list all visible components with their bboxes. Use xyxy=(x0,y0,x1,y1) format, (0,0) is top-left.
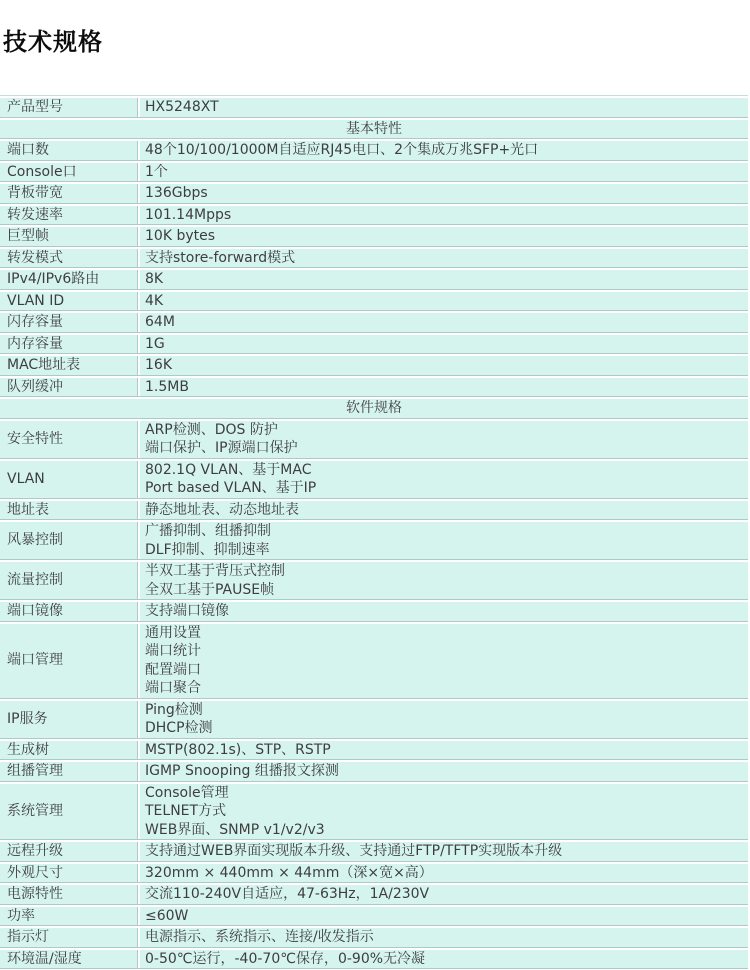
spec-value-line: 1G xyxy=(145,335,748,354)
spec-label: 背板带宽 xyxy=(0,184,138,203)
spec-value-line: ARP检测、DOS 防护 xyxy=(145,421,748,440)
spec-value: 320mm × 440mm × 44mm（深×宽×高） xyxy=(138,864,748,883)
spec-label: 产品型号 xyxy=(0,98,138,117)
table-row: 巨型帧10K bytes xyxy=(0,225,748,247)
table-row: 指示灯电源指示、系统指示、连接/收发指示 xyxy=(0,926,748,948)
table-row: IP服务Ping检测DHCP检测 xyxy=(0,699,748,739)
spec-value: 支持store-forward模式 xyxy=(138,249,748,268)
spec-value-line: 交流110-240V自适应，47-63Hz，1A/230V xyxy=(145,885,748,904)
spec-label: 端口数 xyxy=(0,141,138,160)
spec-value: 8K xyxy=(138,270,748,289)
spec-value-line: 64M xyxy=(145,313,748,332)
spec-value: 支持端口镜像 xyxy=(138,602,748,621)
spec-value-line: 电源指示、系统指示、连接/收发指示 xyxy=(145,928,748,947)
spec-value-line: MSTP(802.1s)、STP、RSTP xyxy=(145,741,748,760)
spec-value-line: 1个 xyxy=(145,163,748,182)
spec-value-line: 通用设置 xyxy=(145,624,748,643)
spec-value: 10K bytes xyxy=(138,227,748,246)
spec-value: HX5248XT xyxy=(138,98,748,117)
spec-value-line: 端口聚合 xyxy=(145,679,748,698)
spec-value-line: 半双工基于背压式控制 xyxy=(145,562,748,581)
spec-label: 电源特性 xyxy=(0,885,138,904)
spec-value-line: 支持端口镜像 xyxy=(145,602,748,621)
table-row: 背板带宽136Gbps xyxy=(0,182,748,204)
spec-value-line: 支持store-forward模式 xyxy=(145,249,748,268)
spec-value: 1G xyxy=(138,335,748,354)
spec-label: 流量控制 xyxy=(0,562,138,599)
spec-value-line: 全双工基于PAUSE帧 xyxy=(145,581,748,600)
section-header-row: 基本特性 xyxy=(0,118,748,140)
spec-value: 静态地址表、动态地址表 xyxy=(138,501,748,520)
spec-label: 生成树 xyxy=(0,741,138,760)
spec-value: 0-50℃运行，-40-70℃保存，0-90%无冷凝 xyxy=(138,950,748,969)
spec-label: 巨型帧 xyxy=(0,227,138,246)
table-row: 地址表静态地址表、动态地址表 xyxy=(0,499,748,521)
table-row: 端口镜像支持端口镜像 xyxy=(0,600,748,622)
spec-value: 64M xyxy=(138,313,748,332)
spec-label: 转发模式 xyxy=(0,249,138,268)
table-row: IPv4/IPv6路由8K xyxy=(0,268,748,290)
spec-value-line: 10K bytes xyxy=(145,227,748,246)
spec-label: 转发速率 xyxy=(0,206,138,225)
spec-label: 组播管理 xyxy=(0,762,138,781)
spec-value: 通用设置端口统计配置端口端口聚合 xyxy=(138,624,748,698)
spec-label: 闪存容量 xyxy=(0,313,138,332)
spec-value: 1.5MB xyxy=(138,378,748,397)
spec-value: 支持通过WEB界面实现版本升级、支持通过FTP/TFTP实现版本升级 xyxy=(138,842,748,861)
spec-value-line: DLF抑制、抑制速率 xyxy=(145,541,748,560)
table-row: 流量控制半双工基于背压式控制全双工基于PAUSE帧 xyxy=(0,560,748,600)
spec-value-line: IGMP Snooping 组播报文探测 xyxy=(145,762,748,781)
spec-value: 101.14Mpps xyxy=(138,206,748,225)
spec-value-line: 广播抑制、组播抑制 xyxy=(145,522,748,541)
table-row: 电源特性交流110-240V自适应，47-63Hz，1A/230V xyxy=(0,883,748,905)
spec-value: 1个 xyxy=(138,163,748,182)
spec-value: IGMP Snooping 组播报文探测 xyxy=(138,762,748,781)
spec-label: 指示灯 xyxy=(0,928,138,947)
spec-label: 系统管理 xyxy=(0,784,138,840)
spec-value-line: Port based VLAN、基于IP xyxy=(145,479,748,498)
spec-value-line: 端口保护、IP源端口保护 xyxy=(145,439,748,458)
spec-label: 地址表 xyxy=(0,501,138,520)
table-row: 功率≤60W xyxy=(0,905,748,927)
page-title: 技术规格 xyxy=(0,0,750,56)
spec-value: Ping检测DHCP检测 xyxy=(138,701,748,738)
table-row: 闪存容量64M xyxy=(0,311,748,333)
section-title: 软件规格 xyxy=(0,399,748,418)
spec-label: 队列缓冲 xyxy=(0,378,138,397)
spec-label: VLAN ID xyxy=(0,292,138,311)
spec-value-line: 320mm × 440mm × 44mm（深×宽×高） xyxy=(145,864,748,883)
table-row: 组播管理IGMP Snooping 组播报文探测 xyxy=(0,760,748,782)
spec-value: 交流110-240V自适应，47-63Hz，1A/230V xyxy=(138,885,748,904)
spec-value-line: TELNET方式 xyxy=(145,802,748,821)
spec-value: 电源指示、系统指示、连接/收发指示 xyxy=(138,928,748,947)
section-title: 基本特性 xyxy=(0,120,748,139)
spec-value-line: 48个10/100/1000M自适应RJ45电口、2个集成万兆SFP+光口 xyxy=(145,141,748,160)
spec-value-line: HX5248XT xyxy=(145,98,748,117)
table-row: 风暴控制广播抑制、组播抑制DLF抑制、抑制速率 xyxy=(0,520,748,560)
table-row: VLAN802.1Q VLAN、基于MACPort based VLAN、基于I… xyxy=(0,459,748,499)
spec-label: 功率 xyxy=(0,907,138,926)
spec-value: 4K xyxy=(138,292,748,311)
spec-value: 广播抑制、组播抑制DLF抑制、抑制速率 xyxy=(138,522,748,559)
spec-label: Console口 xyxy=(0,163,138,182)
table-row: 环境温/湿度0-50℃运行，-40-70℃保存，0-90%无冷凝 xyxy=(0,948,748,970)
spec-value-line: 136Gbps xyxy=(145,184,748,203)
table-row: 端口管理通用设置端口统计配置端口端口聚合 xyxy=(0,622,748,699)
spec-value-line: 802.1Q VLAN、基于MAC xyxy=(145,461,748,480)
spec-value-line: 静态地址表、动态地址表 xyxy=(145,501,748,520)
spec-label: 端口镜像 xyxy=(0,602,138,621)
spec-value: ARP检测、DOS 防护端口保护、IP源端口保护 xyxy=(138,421,748,458)
spec-value-line: 1.5MB xyxy=(145,378,748,397)
spec-value: 16K xyxy=(138,356,748,375)
spec-value-line: 8K xyxy=(145,270,748,289)
table-row: MAC地址表16K xyxy=(0,354,748,376)
table-row: 外观尺寸320mm × 440mm × 44mm（深×宽×高） xyxy=(0,862,748,884)
spec-value-line: 支持通过WEB界面实现版本升级、支持通过FTP/TFTP实现版本升级 xyxy=(145,842,748,861)
spec-label: 端口管理 xyxy=(0,624,138,698)
table-row: Console口1个 xyxy=(0,161,748,183)
spec-value-line: Ping检测 xyxy=(145,701,748,720)
spec-value-line: 端口统计 xyxy=(145,642,748,661)
spec-value: ≤60W xyxy=(138,907,748,926)
spec-value: 半双工基于背压式控制全双工基于PAUSE帧 xyxy=(138,562,748,599)
table-row: 安全特性ARP检测、DOS 防护端口保护、IP源端口保护 xyxy=(0,419,748,459)
table-row: 生成树MSTP(802.1s)、STP、RSTP xyxy=(0,739,748,761)
spec-value-line: 配置端口 xyxy=(145,661,748,680)
spec-label: IP服务 xyxy=(0,701,138,738)
spec-value-line: 101.14Mpps xyxy=(145,206,748,225)
spec-value-line: WEB界面、SNMP v1/v2/v3 xyxy=(145,821,748,840)
table-row: 系统管理Console管理TELNET方式WEB界面、SNMP v1/v2/v3 xyxy=(0,782,748,841)
section-header-row: 软件规格 xyxy=(0,397,748,419)
spec-label: MAC地址表 xyxy=(0,356,138,375)
table-row: 队列缓冲1.5MB xyxy=(0,376,748,398)
table-row: 内存容量1G xyxy=(0,333,748,355)
table-row: 产品型号HX5248XT xyxy=(0,96,748,118)
spec-label: 风暴控制 xyxy=(0,522,138,559)
table-row: VLAN ID4K xyxy=(0,290,748,312)
table-row: 转发模式支持store-forward模式 xyxy=(0,247,748,269)
spec-value: 802.1Q VLAN、基于MACPort based VLAN、基于IP xyxy=(138,461,748,498)
spec-value-line: Console管理 xyxy=(145,784,748,803)
spec-value: 48个10/100/1000M自适应RJ45电口、2个集成万兆SFP+光口 xyxy=(138,141,748,160)
spec-label: IPv4/IPv6路由 xyxy=(0,270,138,289)
spec-value-line: DHCP检测 xyxy=(145,719,748,738)
spec-label: 内存容量 xyxy=(0,335,138,354)
table-row: 远程升级支持通过WEB界面实现版本升级、支持通过FTP/TFTP实现版本升级 xyxy=(0,840,748,862)
spec-value-line: 0-50℃运行，-40-70℃保存，0-90%无冷凝 xyxy=(145,950,748,969)
spec-value: MSTP(802.1s)、STP、RSTP xyxy=(138,741,748,760)
spec-label: 外观尺寸 xyxy=(0,864,138,883)
table-row: 端口数48个10/100/1000M自适应RJ45电口、2个集成万兆SFP+光口 xyxy=(0,139,748,161)
spec-value-line: 16K xyxy=(145,356,748,375)
spec-label: 远程升级 xyxy=(0,842,138,861)
spec-label: 环境温/湿度 xyxy=(0,950,138,969)
spec-value: Console管理TELNET方式WEB界面、SNMP v1/v2/v3 xyxy=(138,784,748,840)
table-row: 转发速率101.14Mpps xyxy=(0,204,748,226)
spec-label: 安全特性 xyxy=(0,421,138,458)
spec-value-line: ≤60W xyxy=(145,907,748,926)
spec-value-line: 4K xyxy=(145,292,748,311)
spec-table: 产品型号HX5248XT基本特性端口数48个10/100/1000M自适应RJ4… xyxy=(0,95,748,969)
spec-label: VLAN xyxy=(0,461,138,498)
spec-value: 136Gbps xyxy=(138,184,748,203)
